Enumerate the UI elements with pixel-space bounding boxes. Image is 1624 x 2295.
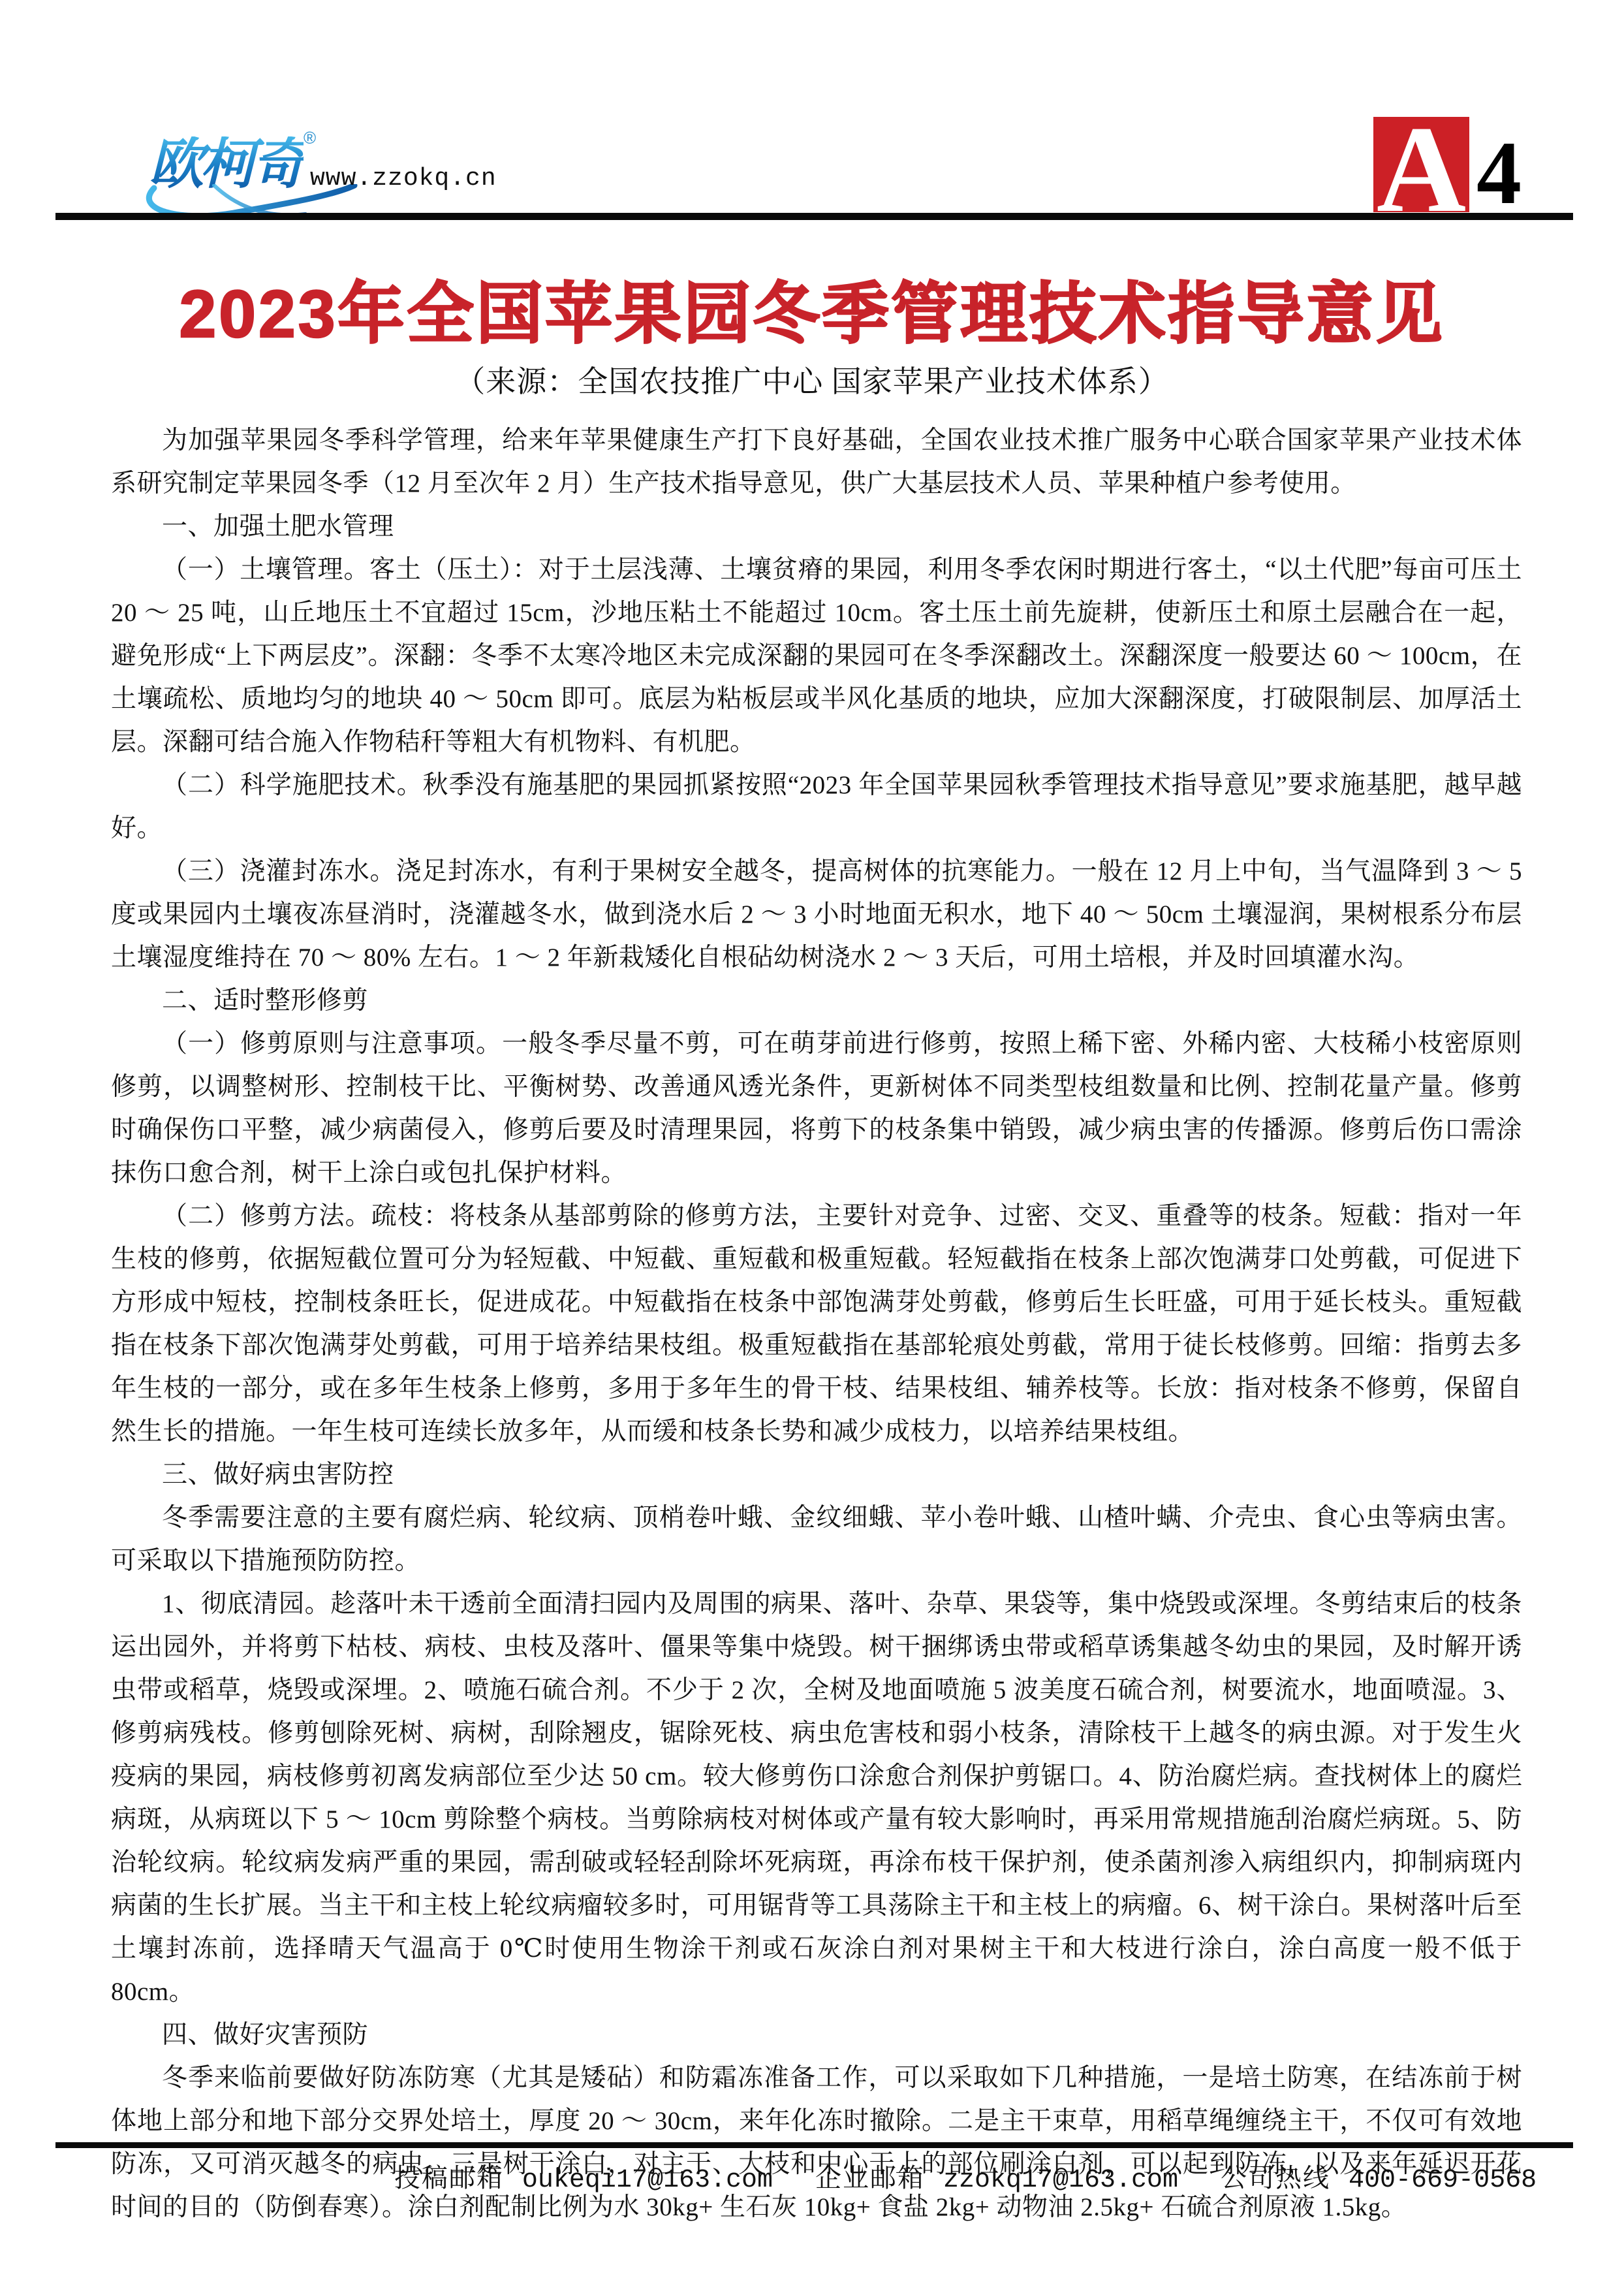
footer-company-email: 企业邮箱zzokq17@163.com <box>815 2157 1178 2195</box>
header-divider <box>55 213 1573 220</box>
document-body: 为加强苹果园冬季科学管理，给来年苹果健康生产打下良好基础，全国农业技术推广服务中… <box>111 419 1522 2229</box>
heading-section-1: 一、加强土肥水管理 <box>111 505 1522 548</box>
registered-trademark-icon: ® <box>304 128 316 148</box>
page-badge-a: A <box>1373 117 1469 212</box>
page-header: 欧柯奇® www.zzokq.cn A 4 <box>0 0 1624 225</box>
footer-hotline: 公司热线400-669-0568 <box>1221 2157 1537 2195</box>
heading-section-3: 三、做好病虫害防控 <box>111 1453 1522 1496</box>
page-number: 4 <box>1476 128 1522 218</box>
paragraph-fertilizer: （二）科学施肥技术。秋季没有施基肥的果园抓紧按照“2023 年全国苹果园秋季管理… <box>111 764 1522 850</box>
paragraph-intro: 为加强苹果园冬季科学管理，给来年苹果健康生产打下良好基础，全国农业技术推广服务中… <box>111 419 1522 505</box>
heading-section-2: 二、适时整形修剪 <box>111 979 1522 1022</box>
company-email-label: 企业邮箱 <box>815 2163 925 2192</box>
paragraph-pruning-methods: （二）修剪方法。疏枝：将枝条从基部剪除的修剪方法，主要针对竞争、过密、交叉、重叠… <box>111 1195 1522 1453</box>
paragraph-soil: （一）土壤管理。客土（压土）：对于土层浅薄、土壤贫瘠的果园，利用冬季农闲时期进行… <box>111 548 1522 764</box>
document-source: （来源：全国农技推广中心 国家苹果产业技术体系） <box>0 358 1624 401</box>
page-badge-letter: A <box>1377 117 1466 212</box>
hotline-value: 400-669-0568 <box>1349 2166 1537 2195</box>
document-page: 欧柯奇® www.zzokq.cn A 4 2023年全国苹果园冬季管理技术指导… <box>0 0 1624 2295</box>
paragraph-pruning-rules: （一）修剪原则与注意事项。一般冬季尽量不剪，可在萌芽前进行修剪，按照上稀下密、外… <box>111 1022 1522 1195</box>
paragraph-pests-intro: 冬季需要注意的主要有腐烂病、轮纹病、顶梢卷叶蛾、金纹细蛾、苹小卷叶蛾、山楂叶螨、… <box>111 1496 1522 1583</box>
paragraph-pests-measures: 1、彻底清园。趁落叶未干透前全面清扫园内及周围的病果、落叶、杂草、果袋等，集中烧… <box>111 1583 1522 2014</box>
heading-section-4: 四、做好灾害预防 <box>111 2014 1522 2057</box>
company-email-value: zzokq17@163.com <box>943 2166 1178 2195</box>
logo-wordmark: 欧柯奇 <box>149 136 304 191</box>
submission-email-label: 投稿邮箱 <box>394 2163 504 2192</box>
footer-submission-email: 投稿邮箱oukeqi17@163.com <box>394 2157 773 2195</box>
submission-email-value: oukeqi17@163.com <box>522 2166 773 2195</box>
document-title: 2023年全国苹果园冬季管理技术指导意见 <box>0 261 1624 356</box>
website-url: www.zzokq.cn <box>310 165 497 193</box>
hotline-label: 公司热线 <box>1221 2163 1330 2192</box>
paragraph-watering: （三）浇灌封冻水。浇足封冻水，有利于果树安全越冬，提高树体的抗寒能力。一般在 1… <box>111 850 1522 979</box>
page-footer: 投稿邮箱oukeqi17@163.com 企业邮箱zzokq17@163.com… <box>0 2157 1624 2195</box>
footer-divider <box>55 2142 1573 2148</box>
